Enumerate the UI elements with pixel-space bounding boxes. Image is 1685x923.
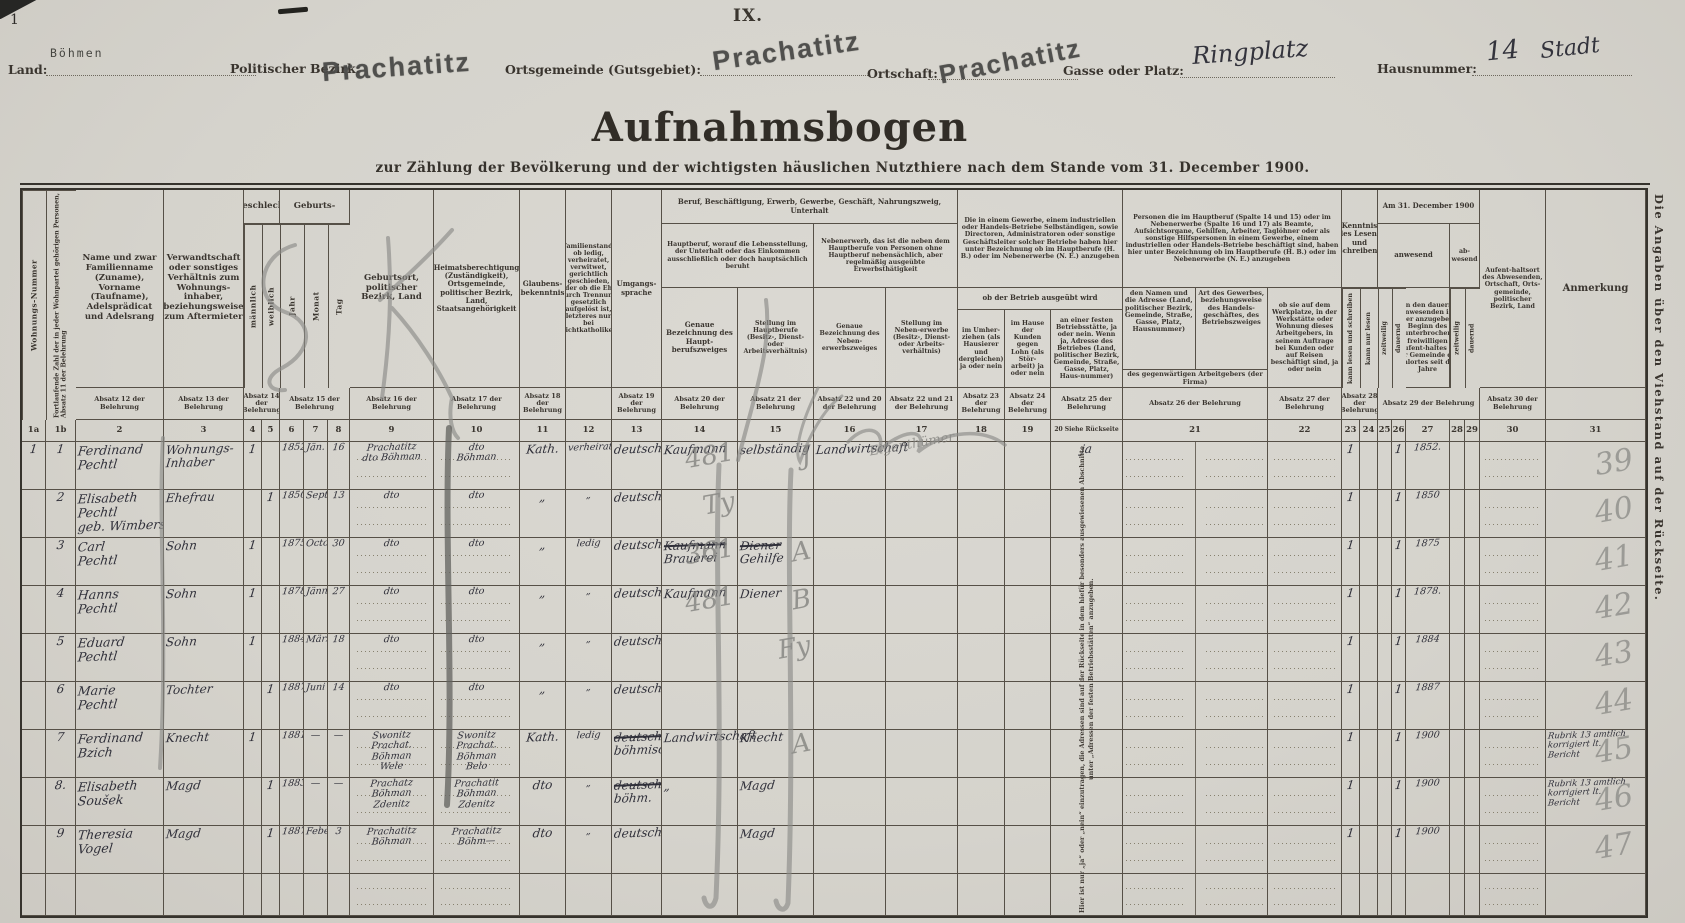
cell-m: 1 <box>244 442 262 490</box>
header-laufende-zahl: Fortlaufende Zahl der in jeder Wohnparte… <box>46 190 76 420</box>
absatz-reference: Absatz 14 der Belehrung <box>244 388 280 420</box>
cell-m <box>244 874 262 916</box>
cell-x18 <box>958 586 1005 634</box>
cell-fam: „ <box>566 682 612 730</box>
cell-x22 <box>1268 874 1342 916</box>
cell-pn: 9 <box>46 826 76 874</box>
cell-x22 <box>1268 538 1342 586</box>
cell-fam: „ <box>566 586 612 634</box>
header-glaubensbekenntnis: Glaubens-bekenntnis <box>520 190 566 388</box>
cell-p25 <box>1378 778 1392 826</box>
cell-r24 <box>1360 538 1378 586</box>
cell-conf: „ <box>520 634 566 682</box>
cell-note: 42 <box>1546 586 1646 634</box>
cell-x19 <box>1005 778 1051 826</box>
header-im-hause: im Hause der Kunden gegen Lohn (als Stör… <box>1005 310 1051 388</box>
cell-nstell <box>886 874 958 916</box>
header-kann-lesen-schreiben: kann lesen und schreiben <box>1342 288 1360 388</box>
cell-beruf: Kaufmann481 <box>662 586 738 634</box>
cell-since <box>1406 874 1450 916</box>
header-tag: Tag <box>328 224 350 388</box>
column-number: 20 Siehe Rückseite <box>1051 420 1123 442</box>
absatz-reference: Absatz 22 und 20 der Belehrung <box>814 388 886 420</box>
cell-lang <box>612 874 662 916</box>
cell-p25 <box>1378 490 1392 538</box>
cell-dy: 16 <box>328 442 350 490</box>
cell-heim: dto <box>434 634 520 682</box>
cell-note: Rubrik 13 amtlichkorrigiert lt.Bericht46 <box>1546 778 1646 826</box>
cell-p26: 1 <box>1392 586 1406 634</box>
cell-dy: 13 <box>328 490 350 538</box>
header-abwesend-dauernd: dauernd <box>1465 288 1480 388</box>
cell-x30 <box>1480 682 1546 730</box>
cell-r23: 1 <box>1342 730 1360 778</box>
gasse-line <box>1180 76 1335 78</box>
absatz-reference: Absatz 17 der Belehrung <box>434 388 520 420</box>
header-hauptberufszweig: Genaue Bezeichnung des Haupt-berufszweig… <box>662 288 738 388</box>
cell-fam <box>566 874 612 916</box>
cell-f <box>262 634 280 682</box>
absatz-reference: Absatz 21 der Belehrung <box>738 388 814 420</box>
cell-f <box>262 442 280 490</box>
header-arbeitgeber-name: den Namen und die Adresse (Land, politis… <box>1123 288 1196 369</box>
cell-x30 <box>1480 778 1546 826</box>
cell-heim: dto <box>434 682 520 730</box>
cell-fam: ledig <box>566 538 612 586</box>
cell-wn <box>22 826 46 874</box>
cell-x18 <box>958 634 1005 682</box>
header-gewerbe-art: Art des Gewerbes, beziehungsweise des Ha… <box>1196 288 1268 369</box>
cell-beruf <box>662 874 738 916</box>
absatz-reference: Absatz 27 der Belehrung <box>1268 388 1342 420</box>
cell-x21 <box>1123 634 1268 682</box>
cell-note: 39 <box>1546 442 1646 490</box>
column-number: 4 <box>244 420 262 442</box>
column-number: 17 <box>886 420 958 442</box>
header-maennlich: männlich <box>244 224 262 388</box>
cell-since: 1887 <box>1406 682 1450 730</box>
header-nebenerwerbszweig: Genaue Bezeichnung des Neben-erwerbszwei… <box>814 288 886 388</box>
cell-name: ElisabethSoušek <box>76 778 164 826</box>
cell-yr: 1878 <box>280 586 304 634</box>
cell-r23: 1 <box>1342 586 1360 634</box>
absatz-reference: Absatz 30 der Belehrung <box>1480 388 1546 420</box>
cell-since: 1884 <box>1406 634 1450 682</box>
cell-p26: 1 <box>1392 826 1406 874</box>
hausnummer-line <box>1472 74 1632 76</box>
cell-f <box>262 730 280 778</box>
cell-note: Rubrik 13 amtlichkorrigiert lt.Bericht45 <box>1546 730 1646 778</box>
cell-neben <box>814 490 886 538</box>
cell-nstell <box>886 634 958 682</box>
cell-rel <box>164 874 244 916</box>
cell-rel: Sohn <box>164 538 244 586</box>
cell-x18 <box>958 778 1005 826</box>
cell-x20 <box>1051 634 1123 682</box>
cell-x21 <box>1123 874 1268 916</box>
cell-a29 <box>1465 586 1480 634</box>
cell-rel: Tochter <box>164 682 244 730</box>
cell-x20 <box>1051 586 1123 634</box>
gemeinde-label: Ortsgemeinde (Gutsgebiet): <box>505 62 701 77</box>
column-number: 18 <box>958 420 1005 442</box>
cell-nstell <box>886 490 958 538</box>
cell-beruf: Landwirtschaft <box>662 730 738 778</box>
header-gewerbe-group: Die in einem Gewerbe, einem industrielle… <box>958 190 1123 288</box>
cell-x20 <box>1051 490 1123 538</box>
cell-r24 <box>1360 730 1378 778</box>
cell-stell: DienerGehilfeA <box>738 538 814 586</box>
cell-wn: 1 <box>22 442 46 490</box>
cell-neben <box>814 538 886 586</box>
cell-r23 <box>1342 874 1360 916</box>
cell-nstell <box>886 538 958 586</box>
scan-corner-mark <box>0 0 40 20</box>
cell-pn: 3 <box>46 538 76 586</box>
header-familienstand: Familienstand, ob ledig, verheiratet, ve… <box>566 190 612 388</box>
cell-x30 <box>1480 826 1546 874</box>
cell-lang: deutschböhmisch <box>612 730 662 778</box>
cell-lang: deutsch <box>612 538 662 586</box>
cell-neben <box>814 634 886 682</box>
cell-x30 <box>1480 490 1546 538</box>
cell-stell: Magd <box>738 778 814 826</box>
cell-p26 <box>1392 874 1406 916</box>
cell-dy: 27 <box>328 586 350 634</box>
cell-a28 <box>1450 490 1465 538</box>
cell-dy: — <box>328 778 350 826</box>
header-geburtsort: Geburtsort, politischer Bezirk, Land <box>350 190 434 388</box>
cell-p25 <box>1378 442 1392 490</box>
cell-r23: 1 <box>1342 490 1360 538</box>
header-geschlecht: Geschlecht <box>244 190 280 224</box>
cell-wn <box>22 634 46 682</box>
hausnummer-value: 14 <box>1485 35 1521 68</box>
cell-pn <box>46 874 76 916</box>
cell-nstell <box>886 586 958 634</box>
cell-a29 <box>1465 634 1480 682</box>
header-weiblich: weiblich <box>262 224 280 388</box>
absatz-reference <box>566 388 612 420</box>
cell-a28 <box>1450 826 1465 874</box>
cell-x19 <box>1005 826 1051 874</box>
column-number: 10 <box>434 420 520 442</box>
cell-stell: selbständigJ <box>738 442 814 490</box>
cell-mo: — <box>304 730 328 778</box>
header-stellung-nebenerwerb: Stellung im Neben-erwerbe (Besitz-, Dien… <box>886 288 958 388</box>
absatz-reference <box>1546 388 1646 420</box>
cell-fam: „ <box>566 490 612 538</box>
column-number: 1a <box>22 420 46 442</box>
bezirk-stamp: Prachatitz <box>321 47 472 88</box>
cell-yr <box>280 874 304 916</box>
cell-wn <box>22 778 46 826</box>
cell-lang: deutsch <box>612 442 662 490</box>
header-anmerkung: Anmerkung <box>1546 190 1646 388</box>
cell-a29 <box>1465 874 1480 916</box>
column-number: 5 <box>262 420 280 442</box>
cell-name: FerdinandPechtl <box>76 442 164 490</box>
cell-birth <box>350 874 434 916</box>
cell-wn <box>22 538 46 586</box>
viehstand-side-note: Die Angaben über den Viehstand auf der R… <box>1652 194 1666 601</box>
cell-x30 <box>1480 442 1546 490</box>
column-number: 2 <box>76 420 164 442</box>
cell-a28 <box>1450 682 1465 730</box>
cell-lang: deutsch <box>612 634 662 682</box>
cell-p26: 1 <box>1392 634 1406 682</box>
cell-r24 <box>1360 826 1378 874</box>
column-number: 8 <box>328 420 350 442</box>
header-jahr: Jahr <box>280 224 304 388</box>
cell-p25 <box>1378 586 1392 634</box>
cell-p26: 1 <box>1392 730 1406 778</box>
cell-p26: 1 <box>1392 682 1406 730</box>
cell-p26: 1 <box>1392 538 1406 586</box>
cell-stell <box>738 490 814 538</box>
column-number: 28 <box>1450 420 1465 442</box>
cell-note: 43 <box>1546 634 1646 682</box>
cell-neben: Landwirtschaft <box>814 442 886 490</box>
header-aufenthaltsort: Aufent-haltsort des Abwesenden, Ortschaf… <box>1480 190 1546 388</box>
cell-stell: DienerB <box>738 586 814 634</box>
cell-pn: 5 <box>46 634 76 682</box>
absatz-reference: Absatz 23 der Belehrung <box>958 388 1005 420</box>
header-umgangssprache: Umgangs-sprache <box>612 190 662 388</box>
column-number: 31 <box>1546 420 1646 442</box>
cell-neben <box>814 730 886 778</box>
cell-since: 1900 <box>1406 826 1450 874</box>
cell-neben <box>814 586 886 634</box>
cell-yr: 1887 <box>280 826 304 874</box>
cell-note: 40 <box>1546 490 1646 538</box>
cell-p26: 1 <box>1392 778 1406 826</box>
cell-nstell <box>886 682 958 730</box>
cell-since: 1900 <box>1406 730 1450 778</box>
cell-f: 1 <box>262 826 280 874</box>
cell-mo: Jän. <box>304 442 328 490</box>
cell-mo: Jänner <box>304 586 328 634</box>
cell-x21 <box>1123 730 1268 778</box>
cell-m <box>244 826 262 874</box>
cell-a28 <box>1450 586 1465 634</box>
cell-neben <box>814 874 886 916</box>
column-number: 3 <box>164 420 244 442</box>
ortschaft-stamp: Prachatitz <box>936 33 1084 91</box>
cell-yr: 1875 <box>280 538 304 586</box>
header-heimatsberechtigung: Heimatsberechtigung (Zuständigkeit), Ort… <box>434 190 520 388</box>
cell-x19 <box>1005 874 1051 916</box>
cell-dy <box>328 874 350 916</box>
cell-conf: dto <box>520 826 566 874</box>
cell-r24 <box>1360 874 1378 916</box>
cell-stell <box>738 874 814 916</box>
gasse-value: Ringplatz <box>1191 34 1309 70</box>
cell-r24 <box>1360 682 1378 730</box>
cell-x30 <box>1480 538 1546 586</box>
header-personen-group: Personen die im Hauptberuf (Spalte 14 un… <box>1123 190 1342 288</box>
cell-x18 <box>958 874 1005 916</box>
cell-m: 1 <box>244 634 262 682</box>
cell-a29 <box>1465 442 1480 490</box>
cell-m <box>244 490 262 538</box>
cell-x30 <box>1480 874 1546 916</box>
column-number: 9 <box>350 420 434 442</box>
cell-heim: PrachatitzBöhm— <box>434 826 520 874</box>
land-line <box>46 74 256 76</box>
header-stellung-hauptberuf: Stellung im Hauptberufe (Besitz-, Dienst… <box>738 288 814 388</box>
cell-heim: dtoBöhman <box>434 442 520 490</box>
cell-note: 44 <box>1546 682 1646 730</box>
cell-birth: PrachatzBöhmanZdenitz <box>350 778 434 826</box>
cell-rel: Ehefrau <box>164 490 244 538</box>
cell-x18 <box>958 682 1005 730</box>
cell-r23: 1 <box>1342 682 1360 730</box>
cell-x21 <box>1123 826 1268 874</box>
header-wohnungsnummer: Wohnungs-Nummer <box>22 190 46 420</box>
column-number: 7 <box>304 420 328 442</box>
column-number: 12 <box>566 420 612 442</box>
cell-wn <box>22 586 46 634</box>
column-number: 30 <box>1480 420 1546 442</box>
cell-neben <box>814 778 886 826</box>
cell-a29 <box>1465 682 1480 730</box>
cell-r24 <box>1360 634 1378 682</box>
cell-x30 <box>1480 586 1546 634</box>
column-number: 23 <box>1342 420 1360 442</box>
cell-r24 <box>1360 778 1378 826</box>
cell-birth: dto <box>350 682 434 730</box>
cell-heim: dto <box>434 538 520 586</box>
cell-dy: — <box>328 730 350 778</box>
cell-stell: Magd <box>738 826 814 874</box>
cell-name: TheresiaVogel <box>76 826 164 874</box>
cell-fam: „ <box>566 778 612 826</box>
cell-r23: 1 <box>1342 778 1360 826</box>
cell-fam: ledig <box>566 730 612 778</box>
cell-since: 1852. <box>1406 442 1450 490</box>
absatz-reference: Absatz 18 der Belehrung <box>520 388 566 420</box>
cell-f <box>262 538 280 586</box>
cell-r24 <box>1360 586 1378 634</box>
cell-wn <box>22 730 46 778</box>
cell-nstell <box>886 778 958 826</box>
census-sheet-scan: { "page": { "corner_number": "1", "secti… <box>0 0 1685 923</box>
cell-heim: dto <box>434 586 520 634</box>
header-kann-nur-lesen: kann nur lesen <box>1360 288 1378 388</box>
column-number: 21 <box>1123 420 1268 442</box>
handwritten-dash <box>278 7 308 15</box>
cell-note: 41 <box>1546 538 1646 586</box>
absatz-reference: Absatz 28 der Belehrung <box>1342 388 1378 420</box>
header-aufenthalt-beginn: von den dauernd Anwesenden ist hier anzu… <box>1406 288 1450 388</box>
cell-f <box>262 874 280 916</box>
column-number: 24 <box>1360 420 1378 442</box>
cell-lang: deutsch <box>612 682 662 730</box>
cell-pn: 4 <box>46 586 76 634</box>
column-number: 27 <box>1406 420 1450 442</box>
census-table: Wohnungs-Nummer Fortlaufende Zahl der in… <box>20 188 1648 918</box>
cell-beruf <box>662 634 738 682</box>
header-monat: Monat <box>304 224 328 388</box>
header-anwesend-dauernd: dauernd <box>1392 288 1406 388</box>
cell-since: 1878. <box>1406 586 1450 634</box>
cell-m <box>244 682 262 730</box>
cell-mo: März <box>304 634 328 682</box>
cell-x20 <box>1051 682 1123 730</box>
cell-x18 <box>958 730 1005 778</box>
cell-x18 <box>958 538 1005 586</box>
cell-beruf: Ty <box>662 490 738 538</box>
column-number: 25 <box>1378 420 1392 442</box>
cell-x19 <box>1005 634 1051 682</box>
cell-mo: Feber <box>304 826 328 874</box>
header-im-umherziehen: im Umher-ziehen (als Hausierer und dergl… <box>958 310 1005 388</box>
cell-neben <box>814 682 886 730</box>
cell-birth: Prachatitzdto Böhman <box>350 442 434 490</box>
header-feste-betriebsstaette: an einer festen Betriebsstätte, ja oder … <box>1051 310 1123 388</box>
cell-x22 <box>1268 634 1342 682</box>
header-hauptberuf-group: Hauptberuf, worauf die Lebensstellung, d… <box>662 224 814 288</box>
header-werkplatz: ob sie auf dem Werkplatze, in der Werkst… <box>1268 288 1342 388</box>
header-arbeitgeber: den Namen und die Adresse (Land, politis… <box>1123 288 1268 388</box>
column-number: 16 <box>814 420 886 442</box>
cell-x21 <box>1123 682 1268 730</box>
cell-birth: SwonitzPrachat.BöhmanWele <box>350 730 434 778</box>
header-beruf-group: Beruf, Beschäftigung, Erwerb, Gewerbe, G… <box>662 190 958 224</box>
absatz-reference: Absatz 19 der Belehrung <box>612 388 662 420</box>
cell-stell: KnechtA <box>738 730 814 778</box>
sheet-section-number: IX. <box>733 6 763 26</box>
cell-x22 <box>1268 730 1342 778</box>
cell-lang: deutsch <box>612 586 662 634</box>
header-datum-group: Am 31. December 1900 <box>1378 190 1480 224</box>
cell-yr: 1887 <box>280 682 304 730</box>
cell-dy: 30 <box>328 538 350 586</box>
cell-dy: 14 <box>328 682 350 730</box>
cell-yr: 1883 <box>280 778 304 826</box>
cell-nstell <box>886 826 958 874</box>
cell-mo: Octob. <box>304 538 328 586</box>
cell-x20 <box>1051 826 1123 874</box>
absatz-reference: Absatz 26 der Belehrung <box>1123 388 1268 420</box>
cell-x22 <box>1268 586 1342 634</box>
cell-p25 <box>1378 682 1392 730</box>
cell-heim: PrachatitBöhmanZdenitz <box>434 778 520 826</box>
cell-name <box>76 874 164 916</box>
cell-f: 1 <box>262 682 280 730</box>
cell-birth: dto <box>350 490 434 538</box>
cell-p25 <box>1378 634 1392 682</box>
absatz-reference: Absatz 24 der Belehrung <box>1005 388 1051 420</box>
column-number: 13 <box>612 420 662 442</box>
cell-x22 <box>1268 826 1342 874</box>
cell-conf: „ <box>520 586 566 634</box>
cell-conf <box>520 874 566 916</box>
sheet-subtitle: zur Zählung der Bevölkerung und der wich… <box>0 160 1685 176</box>
cell-pn: 1 <box>46 442 76 490</box>
cell-since: 1850 <box>1406 490 1450 538</box>
cell-dy: 3 <box>328 826 350 874</box>
cell-note <box>1546 874 1646 916</box>
cell-beruf <box>662 826 738 874</box>
hausnummer-label: Hausnummer: <box>1377 61 1477 76</box>
table-top-rule <box>20 183 1650 185</box>
cell-pn: 8. <box>46 778 76 826</box>
cell-x20 <box>1051 778 1123 826</box>
cell-f <box>262 586 280 634</box>
cell-conf: Kath. <box>520 730 566 778</box>
